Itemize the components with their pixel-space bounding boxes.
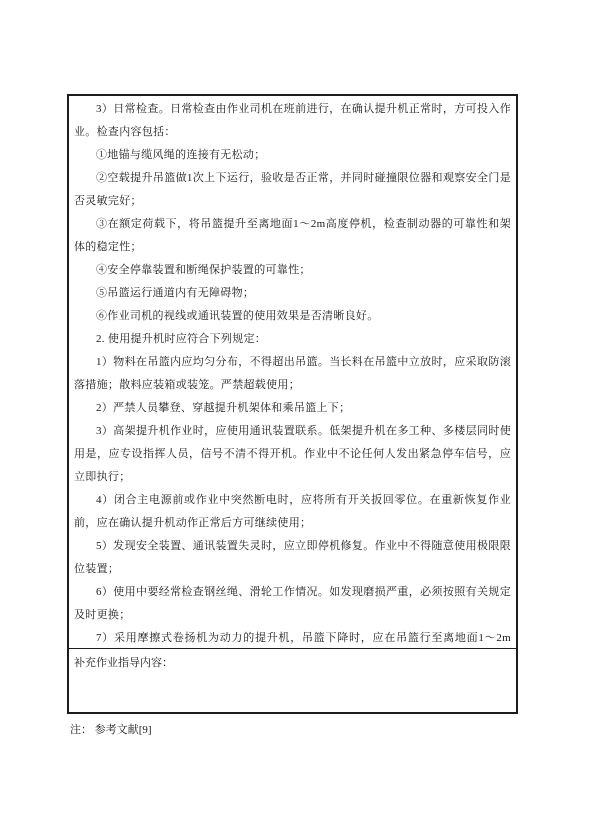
instruction-paragraph: 3）高架提升机作业时，应使用通讯装置联系。低架提升机在多工种、多楼层同时使用是，… bbox=[74, 420, 511, 489]
supplement-cell: 补充作业指导内容： bbox=[69, 649, 516, 711]
supplement-label: 补充作业指导内容： bbox=[74, 652, 511, 675]
instruction-table: 3）日常检查。日常检查由作业司机在班前进行，在确认提升机正常时，方可投入作业。检… bbox=[67, 94, 518, 714]
instruction-paragraph: 2. 使用提升机时应符合下列规定： bbox=[74, 328, 511, 351]
instruction-paragraph: ①地锚与缆风绳的连接有无松动； bbox=[74, 144, 511, 167]
instruction-paragraph: 4）闭合主电源前或作业中突然断电时，应将所有开关扳回零位。在重新恢复作业前，应在… bbox=[74, 489, 511, 535]
instruction-paragraph: ②空载提升吊篮做1次上下运行，验收是否正常，并同时碰撞限位器和观察安全门是否灵敏… bbox=[74, 167, 511, 213]
instruction-paragraph: 7）采用摩擦式卷扬机为动力的提升机，吊篮下降时，应在吊篮行至离地面1～2m处，控… bbox=[74, 627, 511, 649]
instruction-paragraph: ⑥作业司机的视线或通讯装置的使用效果是否清晰良好。 bbox=[74, 305, 511, 328]
instruction-paragraph: 6）使用中要经常检查钢丝绳、滑轮工作情况。如发现磨损严重，必须按照有关规定及时更… bbox=[74, 581, 511, 627]
instruction-paragraph: 1）物料在吊篮内应均匀分布，不得超出吊篮。当长料在吊篮中立放时，应采取防滚落措施… bbox=[74, 351, 511, 397]
instruction-paragraph: ③在额定荷载下，将吊篮提升至离地面1～2m高度停机，检查制动器的可靠性和架体的稳… bbox=[74, 213, 511, 259]
instruction-paragraph: 5）发现安全装置、通讯装置失灵时，应立即停机修复。作业中不得随意使用极限限位装置… bbox=[74, 535, 511, 581]
instruction-paragraph: ④安全停靠装置和断绳保护装置的可靠性； bbox=[74, 259, 511, 282]
instruction-paragraph: 2）严禁人员攀登、穿越提升机架体和乘吊篮上下； bbox=[74, 397, 511, 420]
instruction-paragraph: ⑤吊篮运行通道内有无障碍物； bbox=[74, 282, 511, 305]
instruction-paragraph: 3）日常检查。日常检查由作业司机在班前进行，在确认提升机正常时，方可投入作业。检… bbox=[74, 98, 511, 144]
reference-note: 注： 参考文献[9] bbox=[70, 721, 152, 739]
document-page: 3）日常检查。日常检查由作业司机在班前进行，在确认提升机正常时，方可投入作业。检… bbox=[0, 0, 590, 835]
main-instructions-cell: 3）日常检查。日常检查由作业司机在班前进行，在确认提升机正常时，方可投入作业。检… bbox=[69, 96, 516, 649]
